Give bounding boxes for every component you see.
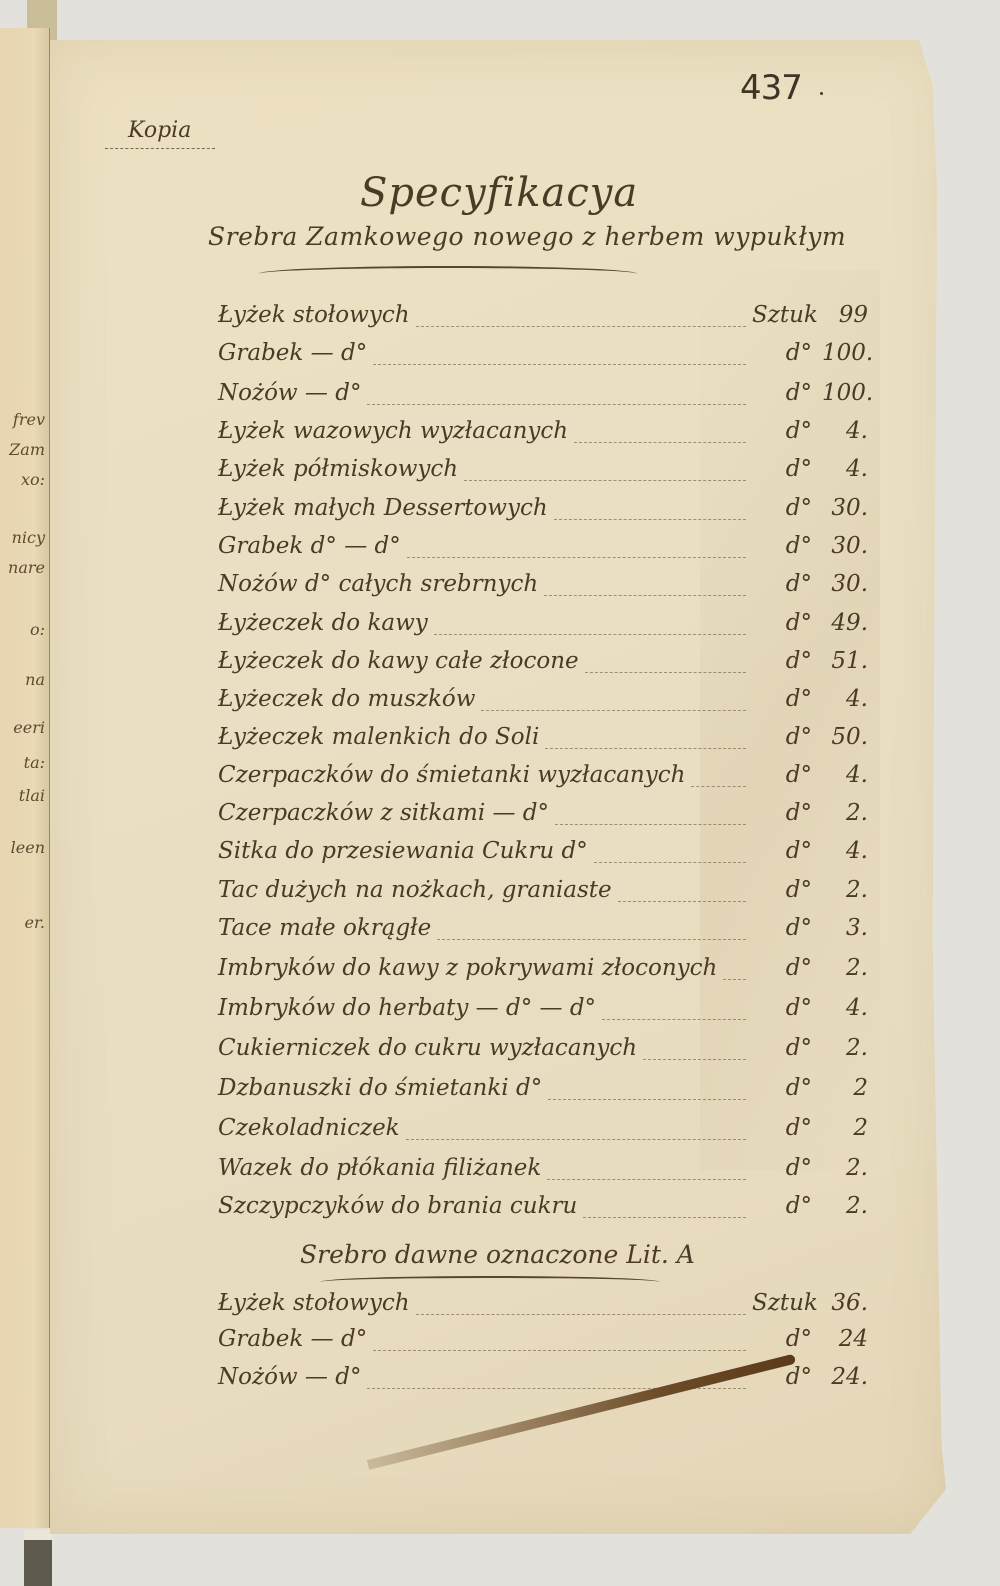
dotted-leader [594, 847, 746, 863]
fragment-text: ta: [24, 753, 45, 772]
item-name: Czekoladniczek [218, 1115, 400, 1141]
list-item: Tac dużych na nożkach, graniasted°2. [218, 877, 868, 911]
item-unit: d° [752, 955, 822, 981]
dotted-leader [464, 465, 746, 481]
item-qty: 49. [822, 610, 868, 636]
item-name: Łyżek stołowych [218, 1290, 410, 1316]
list-item: Grabek — d°d°24 [218, 1326, 868, 1360]
list-item: Czekoladniczekd°2 [218, 1115, 868, 1149]
list-item: Łyżek małych Dessertowychd°30. [218, 495, 868, 529]
item-qty: 2. [822, 877, 868, 903]
fragment-text: tlai [19, 786, 45, 805]
item-name: Nożów — d° [218, 1364, 361, 1390]
item-name: Łyżeczek do kawy [218, 610, 428, 636]
fragment-text: nare [8, 558, 45, 577]
item-unit: d° [752, 800, 822, 826]
item-unit: d° [752, 838, 822, 864]
fragment-text: na [25, 670, 45, 689]
dotted-leader [602, 1004, 746, 1020]
dotted-leader [416, 311, 746, 327]
list-item: Grabek — d°d°100. [218, 340, 868, 374]
dotted-leader [367, 389, 746, 405]
item-unit: d° [752, 340, 822, 366]
dotted-leader [544, 580, 746, 596]
item-unit: d° [752, 1115, 822, 1141]
document-title: Specyfikacya [360, 170, 638, 216]
copy-mark: Kopia [128, 118, 191, 143]
item-qty: 36. [822, 1290, 868, 1316]
item-unit: d° [752, 915, 822, 941]
item-unit: d° [752, 418, 822, 444]
item-qty: 99 [822, 302, 868, 328]
list-item: Czerpaczków do śmietanki wyzłacanychd°4. [218, 762, 868, 796]
fragment-text: o: [30, 620, 45, 639]
item-unit: Sztuk [752, 302, 822, 328]
dotted-leader [407, 542, 746, 558]
item-qty: 2. [822, 1155, 868, 1181]
list-item: Łyżek stołowychSztuk99 [218, 302, 868, 336]
dotted-leader [618, 886, 746, 902]
item-qty: 100. [822, 380, 868, 406]
list-item: Sitka do przesiewania Cukru d°d°4. [218, 838, 868, 872]
fragment-text: leen [11, 838, 45, 857]
item-unit: d° [752, 648, 822, 674]
item-unit: d° [752, 495, 822, 521]
dotted-leader [554, 504, 746, 520]
item-name: Łyżeczek do kawy całe złocone [218, 648, 579, 674]
item-name: Sitka do przesiewania Cukru d° [218, 838, 588, 864]
item-qty: 4. [822, 686, 868, 712]
item-qty: 51. [822, 648, 868, 674]
item-qty: 2 [822, 1115, 868, 1141]
item-qty: 100. [822, 340, 868, 366]
binding-strip-bottom [24, 1540, 52, 1586]
dotted-leader [548, 1084, 746, 1100]
item-name: Imbryków do kawy z pokrywami złoconych [218, 955, 717, 981]
dotted-leader [545, 733, 746, 749]
item-name: Grabek — d° [218, 340, 367, 366]
item-name: Imbryków do herbaty — d° — d° [218, 995, 596, 1021]
item-unit: d° [752, 995, 822, 1021]
copy-mark-underline [105, 148, 215, 149]
list-item: Łyżeczek malenkich do Solid°50. [218, 724, 868, 758]
list-item: Szczypczyków do brania cukrud°2. [218, 1193, 868, 1227]
document-subtitle: Srebra Zamkowego nowego z herbem wypukły… [208, 222, 846, 251]
dotted-leader [416, 1299, 746, 1315]
dotted-leader [373, 1335, 746, 1351]
item-unit: d° [752, 1075, 822, 1101]
item-qty: 2 [822, 1075, 868, 1101]
fragment-text: nicy [12, 528, 45, 547]
item-unit: d° [752, 610, 822, 636]
dotted-leader [437, 924, 746, 940]
item-name: Czerpaczków z sitkami — d° [218, 800, 549, 826]
item-qty: 3. [822, 915, 868, 941]
page-number-dot [820, 92, 823, 95]
dotted-leader [373, 349, 746, 365]
item-name: Szczypczyków do brania cukru [218, 1193, 577, 1219]
item-qty: 50. [822, 724, 868, 750]
item-name: Łyżek stołowych [218, 302, 410, 328]
list-item: Cukierniczek do cukru wyzłacanychd°2. [218, 1035, 868, 1069]
item-unit: d° [752, 686, 822, 712]
item-unit: d° [752, 877, 822, 903]
item-qty: 4. [822, 456, 868, 482]
section-title-underline-brace [320, 1276, 660, 1282]
dotted-leader [723, 964, 746, 980]
item-name: Łyżek półmiskowych [218, 456, 458, 482]
item-qty: 2. [822, 1193, 868, 1219]
item-name: Nożów — d° [218, 380, 361, 406]
item-name: Tace małe okrągłe [218, 915, 431, 941]
list-item: Łyżek półmiskowychd°4. [218, 456, 868, 490]
list-item: Łyżeczek do kawy całe złoconed°51. [218, 648, 868, 682]
fragment-text: er. [25, 913, 45, 932]
section-title-old-silver: Srebro dawne oznaczone Lit. A [300, 1240, 695, 1269]
item-unit: d° [752, 571, 822, 597]
item-qty: 4. [822, 995, 868, 1021]
list-item: Nożów — d°d°100. [218, 380, 868, 414]
dotted-leader [585, 657, 746, 673]
item-unit: d° [752, 762, 822, 788]
list-item: Tace małe okrągłed°3. [218, 915, 868, 949]
item-name: Grabek — d° [218, 1326, 367, 1352]
item-unit: d° [752, 456, 822, 482]
item-qty: 2. [822, 800, 868, 826]
list-item: Nożów d° całych srebrnychd°30. [218, 571, 868, 605]
item-name: Łyżeczek malenkich do Soli [218, 724, 539, 750]
item-unit: d° [752, 533, 822, 559]
item-name: Grabek d° — d° [218, 533, 401, 559]
item-name: Łyżeczek do muszków [218, 686, 475, 712]
item-unit: Sztuk [752, 1290, 822, 1316]
list-item: Łyżeczek do kawyd°49. [218, 610, 868, 644]
list-item: Dzbanuszki do śmietanki d°d°2 [218, 1075, 868, 1109]
item-name: Łyżek wazowych wyzłacanych [218, 418, 568, 444]
fragment-text: xo: [21, 470, 45, 489]
item-unit: d° [752, 1155, 822, 1181]
dotted-leader [547, 1164, 746, 1180]
list-item: Imbryków do herbaty — d° — d°d°4. [218, 995, 868, 1029]
fragment-text: eeri [13, 718, 45, 737]
item-name: Nożów d° całych srebrnych [218, 571, 538, 597]
item-unit: d° [752, 1326, 822, 1352]
item-unit: d° [752, 724, 822, 750]
dotted-leader [406, 1124, 746, 1140]
item-qty: 24 [822, 1326, 868, 1352]
item-qty: 30. [822, 495, 868, 521]
list-item: Łyżek stołowychSztuk36. [218, 1290, 868, 1324]
list-item: Łyżek wazowych wyzłacanychd°4. [218, 418, 868, 452]
list-item: Grabek d° — d°d°30. [218, 533, 868, 567]
item-name: Cukierniczek do cukru wyzłacanych [218, 1035, 637, 1061]
item-qty: 2. [822, 955, 868, 981]
item-name: Tac dużych na nożkach, graniaste [218, 877, 612, 903]
item-unit: d° [752, 1193, 822, 1219]
item-qty: 30. [822, 571, 868, 597]
item-unit: d° [752, 380, 822, 406]
list-item: Wazek do płókania filiżanekd°2. [218, 1155, 868, 1189]
item-unit: d° [752, 1035, 822, 1061]
list-item: Imbryków do kawy z pokrywami złoconychd°… [218, 955, 868, 989]
item-qty: 4. [822, 418, 868, 444]
item-name: Łyżek małych Dessertowych [218, 495, 548, 521]
list-item: Łyżeczek do muszkówd°4. [218, 686, 868, 720]
item-qty: 24. [822, 1364, 868, 1390]
dotted-leader [574, 427, 746, 443]
dotted-leader [583, 1202, 746, 1218]
item-name: Czerpaczków do śmietanki wyzłacanych [218, 762, 685, 788]
item-qty: 2. [822, 1035, 868, 1061]
item-qty: 4. [822, 838, 868, 864]
item-name: Wazek do płókania filiżanek [218, 1155, 541, 1181]
dotted-leader [643, 1044, 746, 1060]
dotted-leader [481, 695, 746, 711]
fragment-text: Zam [9, 440, 45, 459]
list-item: Czerpaczków z sitkami — d°d°2. [218, 800, 868, 834]
dotted-leader [691, 771, 746, 787]
dotted-leader [434, 619, 746, 635]
item-name: Dzbanuszki do śmietanki d° [218, 1075, 542, 1101]
fragment-text: frev [13, 410, 45, 429]
adjacent-page-fragment: frev Zam xo: nicy nare o: na eeri ta: tl… [0, 28, 50, 1528]
page-number: 437 [740, 68, 802, 108]
item-qty: 30. [822, 533, 868, 559]
item-qty: 4. [822, 762, 868, 788]
dotted-leader [555, 809, 746, 825]
